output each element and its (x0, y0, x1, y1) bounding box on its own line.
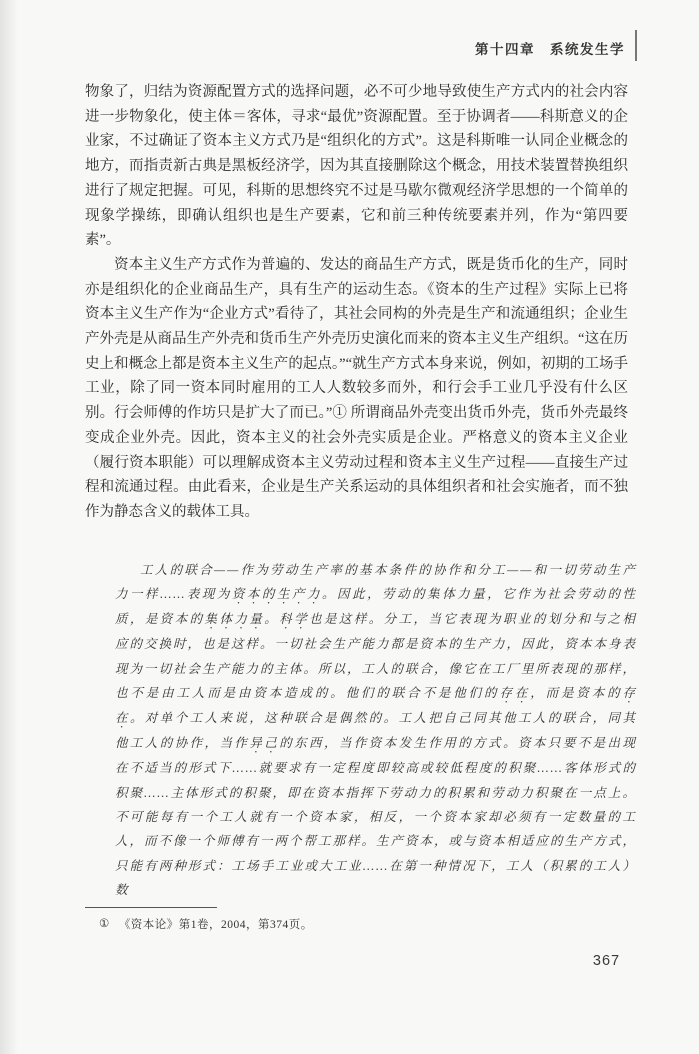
emphasized-text: 存在 (499, 686, 530, 700)
footnote: ① 《资本论》第1卷，2004，第374页。 (99, 916, 313, 932)
footnote-text: 《资本论》第1卷，2004，第374页。 (119, 916, 313, 932)
quote-text: 的东西，当作资本发生作用的方式。资本只要不是出现在不适当的形式下……就要求有一定… (115, 736, 637, 897)
footnote-marker: ① (99, 916, 110, 932)
emphasized-text: 集体力量 (205, 612, 265, 626)
header-divider-rule (635, 30, 637, 61)
running-header: 第十四章 系统发生学 (475, 38, 625, 58)
footnote-separator-rule (85, 907, 217, 908)
emphasized-text: 科学 (279, 612, 309, 626)
body-paragraphs: 物象了，归结为资源配置方式的选择问题，必不可少地导致使生产方式内的社会内容进一步… (85, 80, 628, 525)
page-number: 367 (585, 953, 628, 969)
block-quote: 工人的联合——作为劳动生产率的基本条件的协作和分工——和一切劳动生产力一样……表… (115, 558, 637, 903)
paragraph: 资本主义生产方式作为普遍的、发达的商品生产方式，既是货币化的生产，同时亦是组织化… (85, 253, 628, 525)
quote-text: 。 (264, 612, 279, 626)
book-page: 第十四章 系统发生学 物象了，归结为资源配置方式的选择问题，必不可少地导致使生产… (0, 0, 699, 1054)
emphasized-text: 异己 (249, 736, 279, 750)
quote-text: ，而是资本的 (530, 686, 622, 700)
emphasized-text: 资本的生产力 (232, 587, 322, 601)
paragraph: 物象了，归结为资源配置方式的选择问题，必不可少地导致使生产方式内的社会内容进一步… (85, 80, 628, 253)
